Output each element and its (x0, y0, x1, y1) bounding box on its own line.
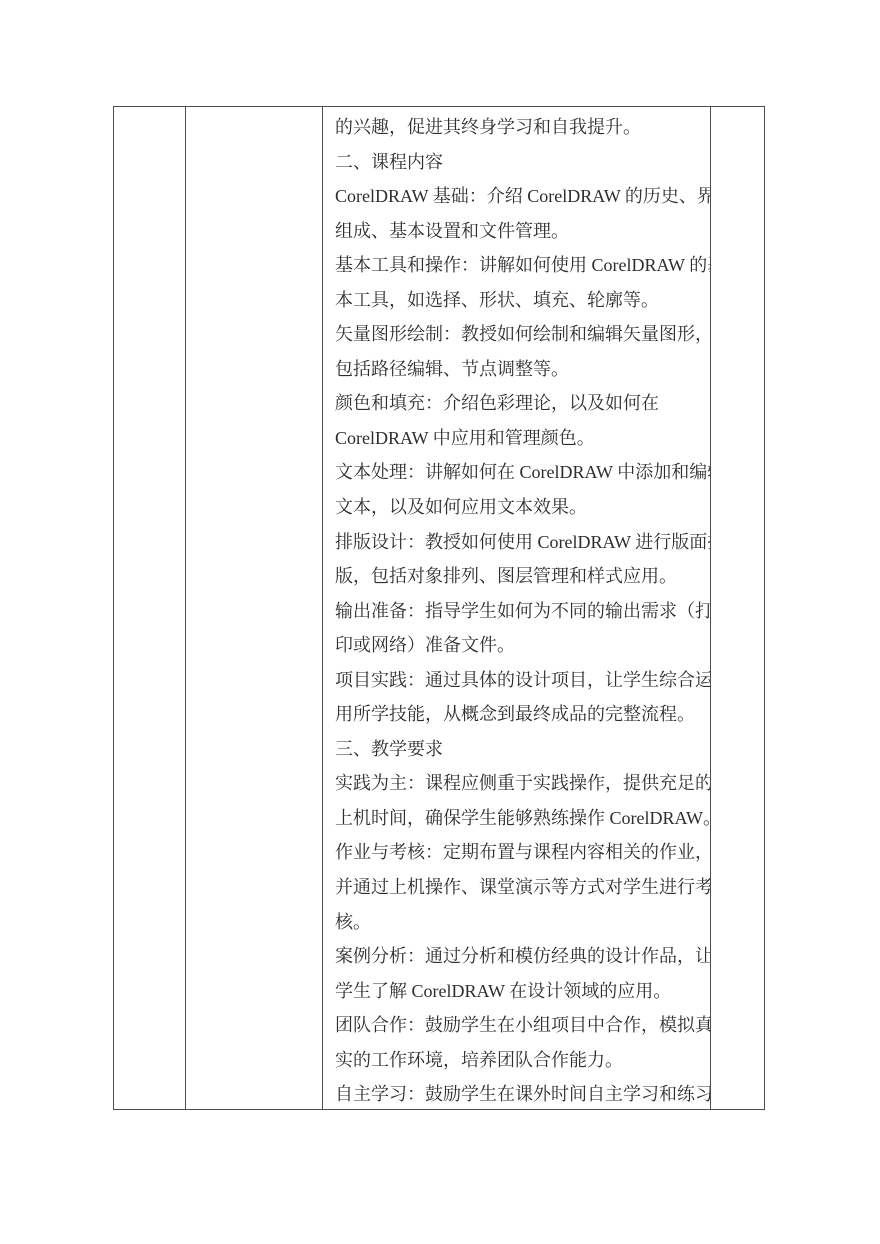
text-line: 案例分析：通过分析和模仿经典的设计作品，让 (335, 939, 710, 974)
text-line: 印或网络）准备文件。 (335, 628, 710, 663)
table-cell-right (711, 107, 764, 1109)
text-line: 用所学技能，从概念到最终成品的完整流程。 (335, 697, 710, 732)
text-line: 版，包括对象排列、图层管理和样式应用。 (335, 559, 710, 594)
text-line: 颜色和填充：介绍色彩理论，以及如何在 (335, 386, 710, 421)
text-line: 团队合作：鼓励学生在小组项目中合作，模拟真 (335, 1008, 710, 1043)
text-line: 作业与考核：定期布置与课程内容相关的作业， (335, 835, 710, 870)
table-cell-content: 的兴趣，促进其终身学习和自我提升。 二、课程内容 CorelDRAW 基础：介绍… (323, 107, 711, 1109)
text-line: 学生了解 CorelDRAW 在设计领域的应用。 (335, 974, 710, 1009)
text-line: 上机时间，确保学生能够熟练操作 CorelDRAW。 (335, 801, 710, 836)
text-line: 排版设计：教授如何使用 CorelDRAW 进行版面排 (335, 525, 710, 560)
text-line: 文本，以及如何应用文本效果。 (335, 490, 710, 525)
text-line: 项目实践：通过具体的设计项目，让学生综合运 (335, 663, 710, 698)
text-line: 实的工作环境，培养团队合作能力。 (335, 1043, 710, 1078)
text-line: 三、教学要求 (335, 732, 710, 767)
text-line: 二、课程内容 (335, 145, 710, 180)
table-cell-left-2 (186, 107, 323, 1109)
text-line: 矢量图形绘制：教授如何绘制和编辑矢量图形， (335, 317, 710, 352)
text-line: 的兴趣，促进其终身学习和自我提升。 (335, 110, 710, 145)
course-syllabus-table: 的兴趣，促进其终身学习和自我提升。 二、课程内容 CorelDRAW 基础：介绍… (113, 106, 765, 1110)
text-line: 核。 (335, 905, 710, 940)
document-page: 的兴趣，促进其终身学习和自我提升。 二、课程内容 CorelDRAW 基础：介绍… (0, 0, 880, 1244)
text-line: 组成、基本设置和文件管理。 (335, 214, 710, 249)
text-line: 并通过上机操作、课堂演示等方式对学生进行考 (335, 870, 710, 905)
text-line: 输出准备：指导学生如何为不同的输出需求（打 (335, 594, 710, 629)
text-line: CorelDRAW 基础：介绍 CorelDRAW 的历史、界面 (335, 179, 710, 214)
text-line: 包括路径编辑、节点调整等。 (335, 352, 710, 387)
text-line: 实践为主：课程应侧重于实践操作，提供充足的 (335, 766, 710, 801)
table-cell-left-1 (114, 107, 186, 1109)
text-line: CorelDRAW 中应用和管理颜色。 (335, 421, 710, 456)
text-line: 文本处理：讲解如何在 CorelDRAW 中添加和编辑 (335, 455, 710, 490)
text-line: 本工具，如选择、形状、填充、轮廓等。 (335, 283, 710, 318)
text-line: 基本工具和操作：讲解如何使用 CorelDRAW 的基 (335, 248, 710, 283)
text-line: 自主学习：鼓励学生在课外时间自主学习和练习 (335, 1077, 710, 1109)
